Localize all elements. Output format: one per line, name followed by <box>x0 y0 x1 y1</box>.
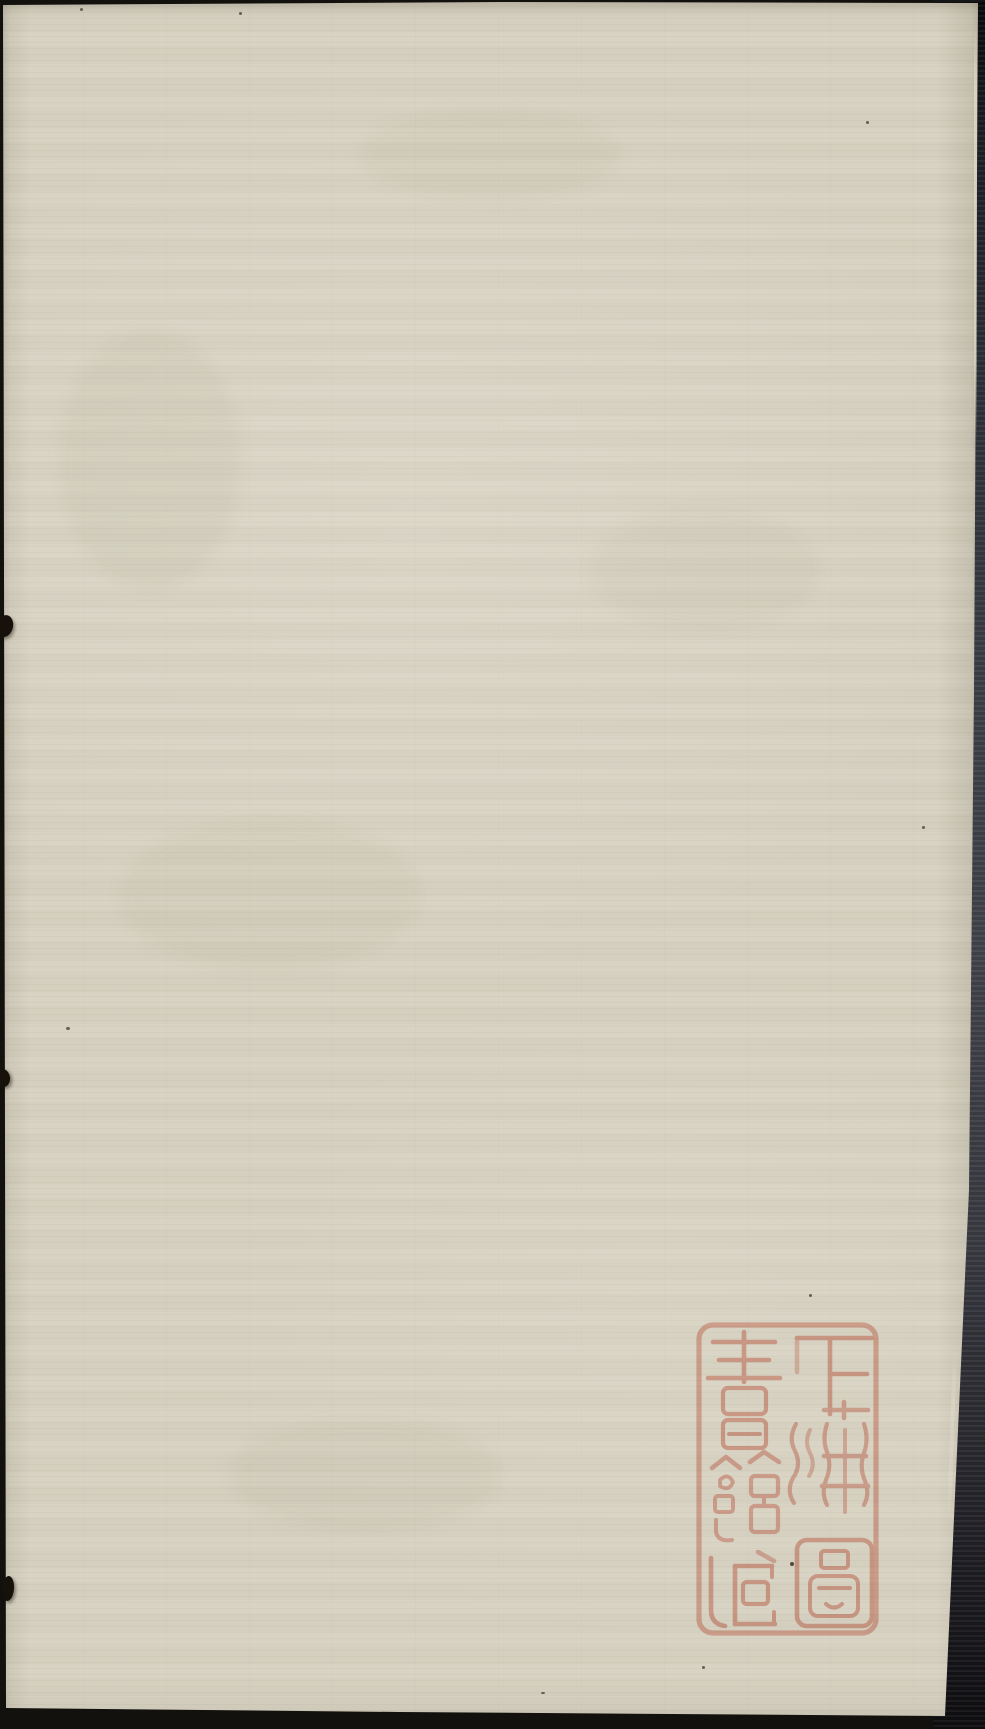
seal-char-tu <box>797 1540 872 1626</box>
ink-speck <box>80 8 83 11</box>
seal-char-guan <box>712 1452 779 1540</box>
seal-char-shu <box>708 1332 780 1448</box>
ink-speck <box>922 826 925 829</box>
ink-speck <box>866 121 869 124</box>
paper-stain <box>590 510 820 630</box>
paper-stain <box>230 1420 500 1530</box>
scanned-book-page: 上海圖書館藏 <box>0 0 985 1729</box>
seal-char-shang <box>797 1338 872 1414</box>
seal-char-cang <box>711 1552 775 1626</box>
ink-speck <box>541 1692 545 1694</box>
paper-stain <box>60 330 240 590</box>
paper-stain <box>120 820 420 970</box>
ink-speck <box>809 1294 812 1297</box>
paper-stain <box>360 110 620 200</box>
ink-speck <box>239 12 242 15</box>
ink-speck <box>66 1027 70 1030</box>
seal-char-hai <box>790 1402 868 1512</box>
blank-paper-page <box>0 0 985 1729</box>
library-seal-stamp <box>694 1320 881 1638</box>
page-edge-highlight <box>974 24 977 444</box>
ink-speck <box>702 1666 705 1669</box>
